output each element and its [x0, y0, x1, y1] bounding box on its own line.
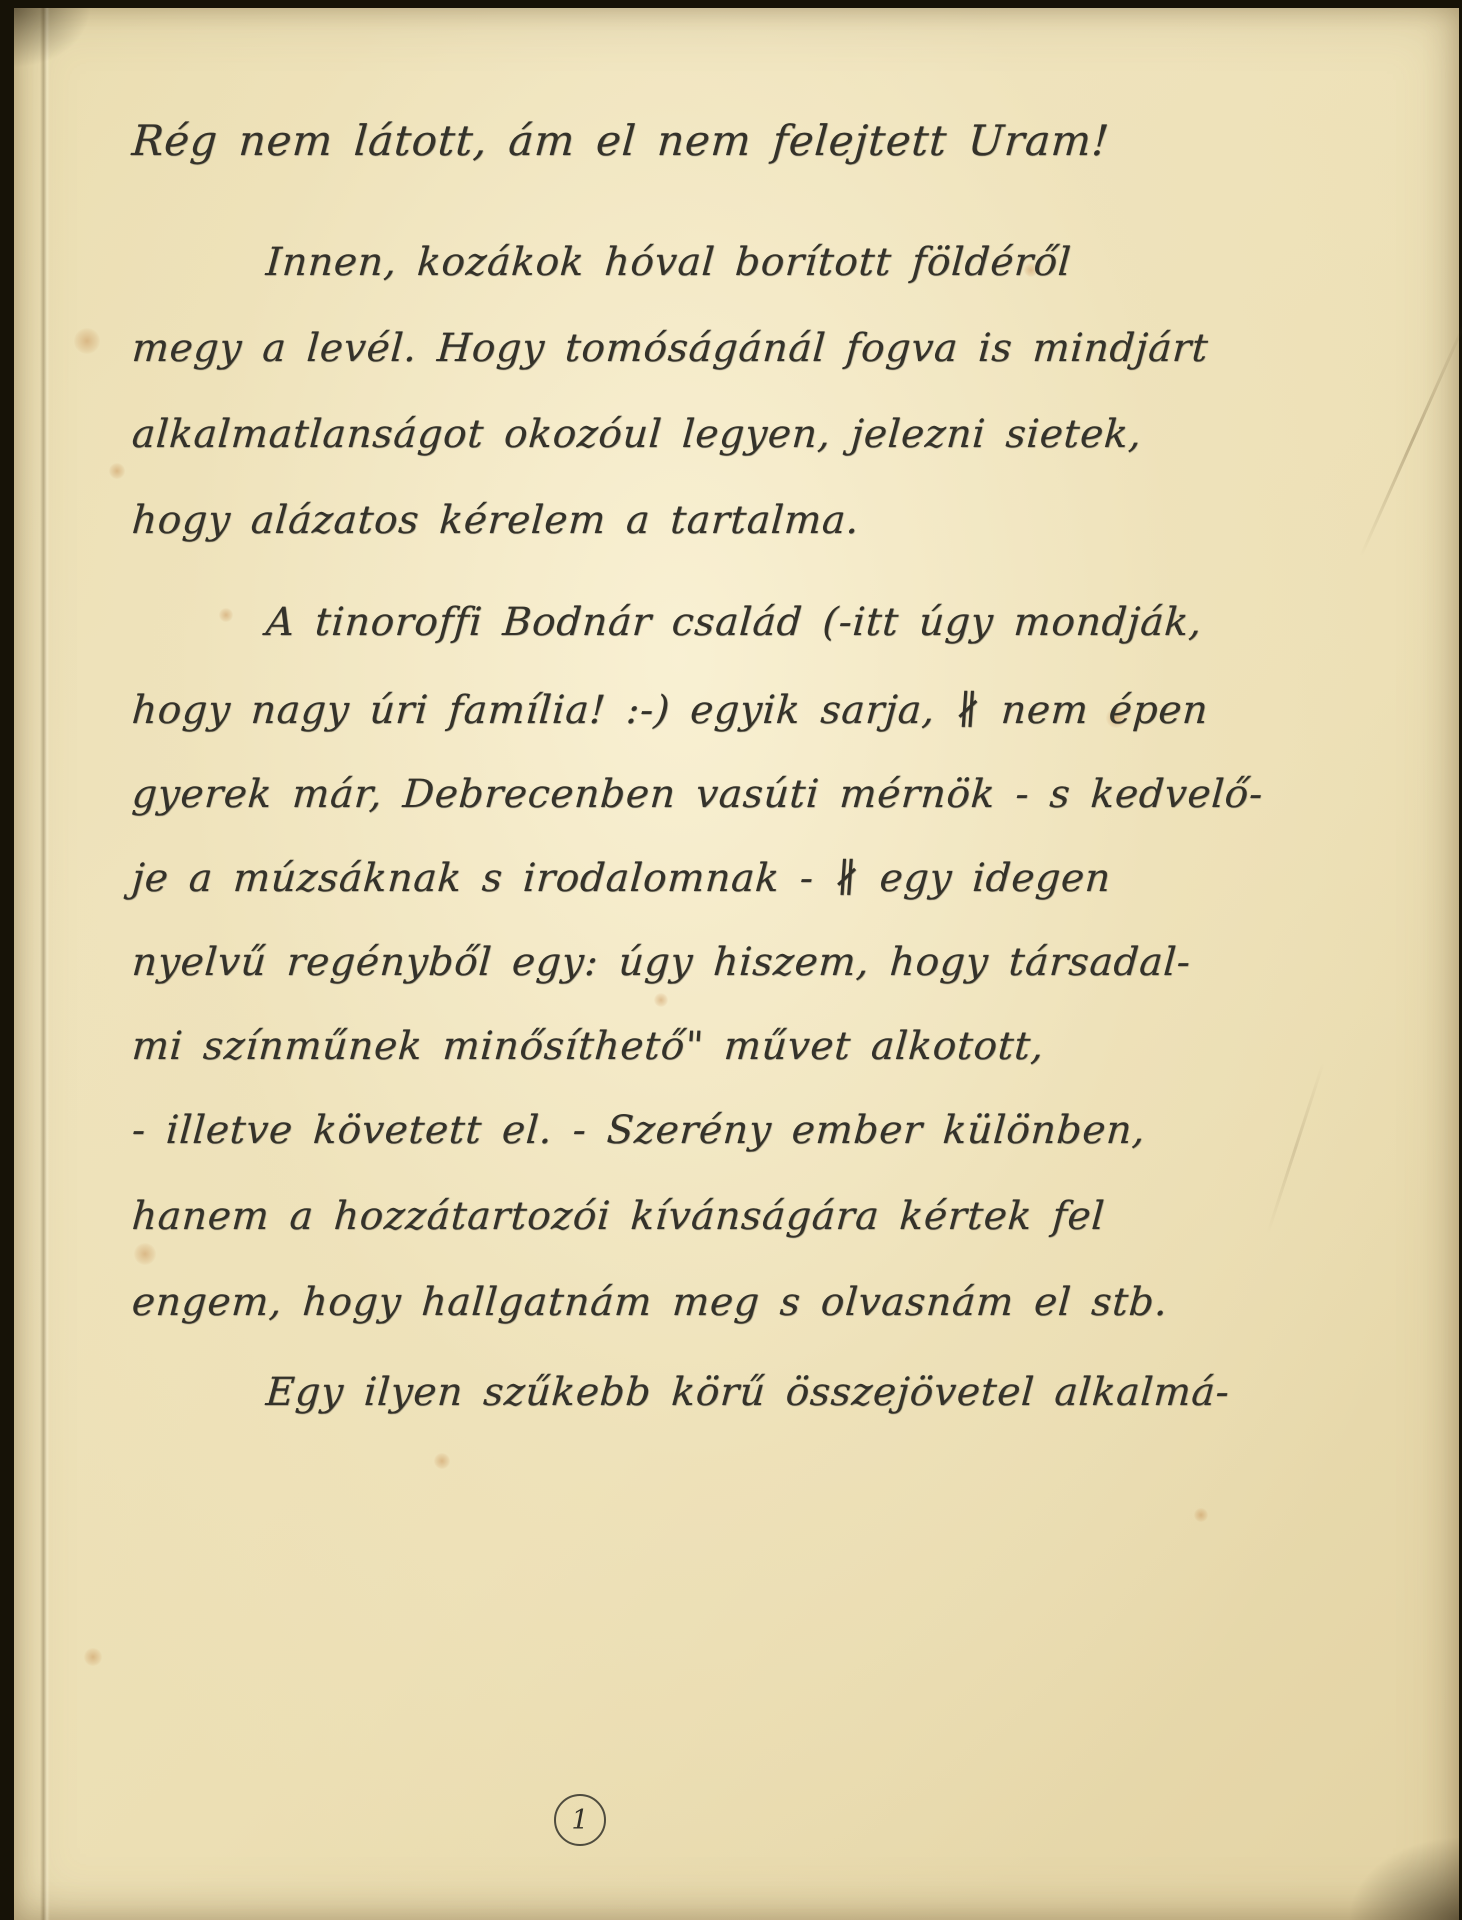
handwriting-line: hogy nagy úri família! :-) egyik sarja, …	[130, 688, 1209, 733]
handwriting-line: Rég nem látott, ám el nem felejtett Uram…	[130, 116, 1111, 165]
page-fold-line	[40, 8, 50, 1920]
fox-spot	[109, 463, 125, 479]
fox-spot	[134, 1243, 156, 1265]
fox-spot	[219, 608, 233, 622]
fox-spot	[74, 328, 100, 354]
handwriting-line: - illetve követett el. - Szerény ember k…	[130, 1108, 1147, 1153]
handwriting-line: mi színműnek minősíthető" művet alkotott…	[130, 1024, 1045, 1069]
handwriting-line: alkalmatlanságot okozóul legyen, jelezni…	[130, 412, 1143, 457]
handwriting-line: nyelvű regényből egy: úgy hiszem, hogy t…	[130, 940, 1192, 985]
handwriting-line: hogy alázatos kérelem a tartalma.	[130, 498, 860, 543]
fox-spot	[434, 1453, 450, 1469]
scan-shadow-bottom-right	[1339, 1830, 1459, 1920]
page-number: 1	[571, 1805, 588, 1836]
page-number-badge: 1	[554, 1794, 606, 1846]
scanned-letter: Rég nem látott, ám el nem felejtett Uram…	[0, 0, 1462, 1920]
handwriting-line: megy a levél. Hogy tomóságánál fogva is …	[130, 326, 1209, 371]
fox-spot	[84, 1648, 102, 1666]
handwriting-line: gyerek már, Debrecenben vasúti mérnök - …	[130, 772, 1264, 817]
letter-page: Rég nem látott, ám el nem felejtett Uram…	[14, 8, 1459, 1920]
paper-crease	[1359, 319, 1462, 558]
handwriting-line: je a múzsáknak s irodalomnak - ∦ egy ide…	[130, 856, 1112, 901]
scan-shadow-top-left	[14, 8, 104, 78]
handwriting-line: A tinoroffi Bodnár család (-itt úgy mond…	[264, 600, 1203, 645]
paper-crease	[1266, 1062, 1324, 1234]
handwriting-line: Innen, kozákok hóval borított földéről	[264, 240, 1072, 285]
handwriting-line: engem, hogy hallgatnám meg s olvasnám el…	[130, 1280, 1169, 1325]
handwriting-line: Egy ilyen szűkebb körű összejövetel alka…	[264, 1370, 1231, 1415]
fox-spot	[1194, 1508, 1208, 1522]
handwriting-line: hanem a hozzátartozói kívánságára kértek…	[130, 1194, 1106, 1239]
fox-spot	[654, 993, 668, 1007]
